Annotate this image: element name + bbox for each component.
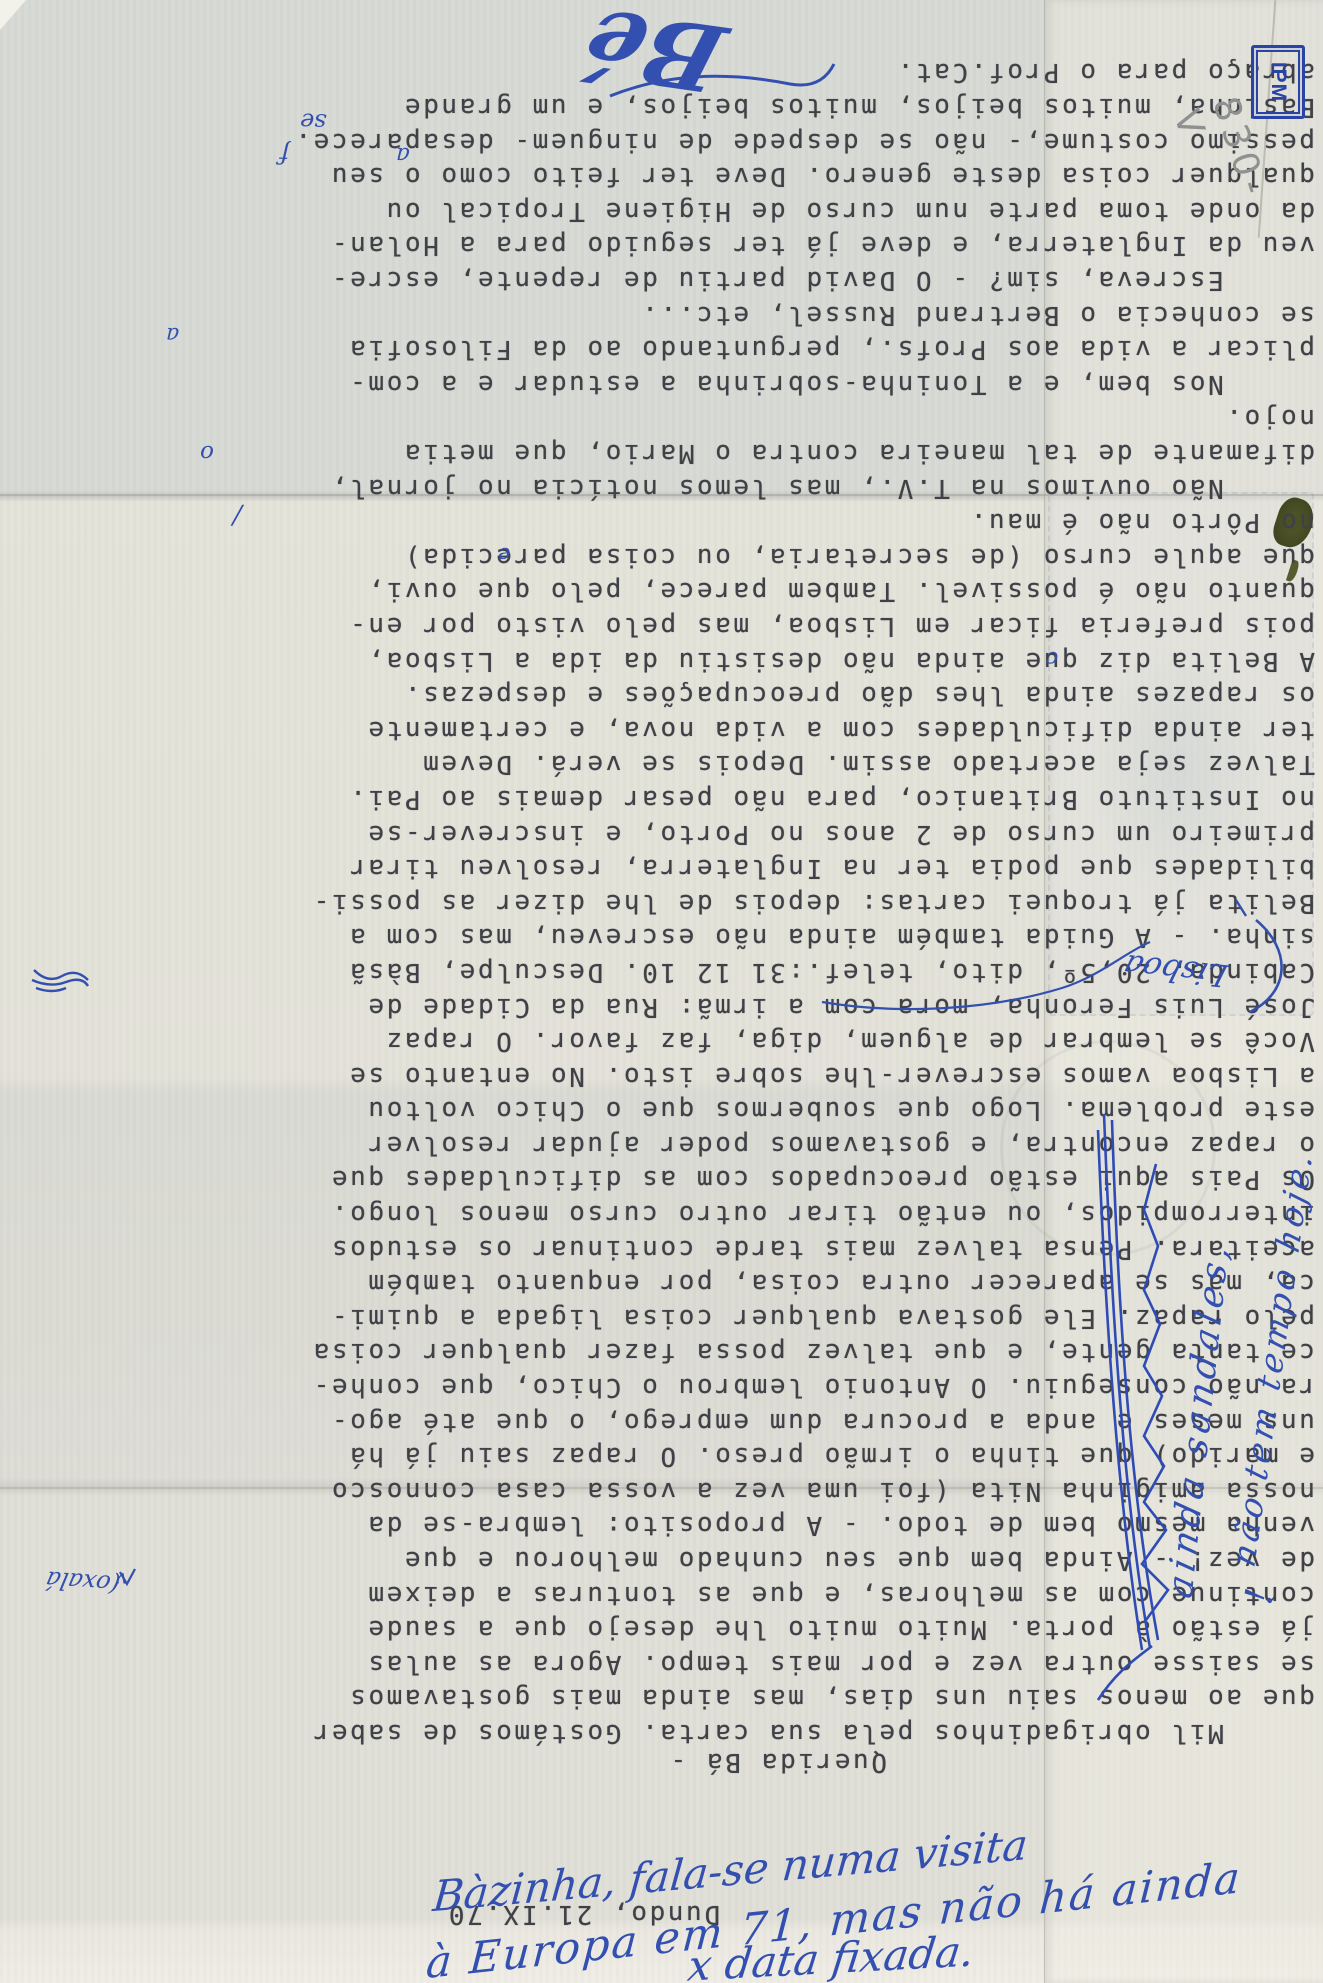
typed-line: e marido) que tinha o irmão preso. O rap… bbox=[305, 1439, 1315, 1474]
typed-line: pois preferia ficar em Lisboa, mas pelo … bbox=[305, 608, 1315, 643]
typed-line: já estão à porta. Muito muito lhe desejo… bbox=[305, 1612, 1315, 1647]
typed-line: se conhecia o Bertrand Russel, etc... bbox=[305, 297, 1315, 332]
typed-line: A Belita diz que ainda não desistiu da i… bbox=[305, 643, 1315, 678]
typed-line: quanto não é possivel. Tambem parece, pe… bbox=[305, 574, 1315, 609]
ink-correction: e bbox=[498, 543, 511, 567]
ink-correction: a bbox=[166, 322, 180, 347]
ink-correction: c bbox=[1046, 646, 1059, 671]
typed-line: uns meses e anda a procura dum emprego, … bbox=[305, 1404, 1315, 1439]
typed-letter-text: Dundo, 21.IX.70 Querida Bá - Mil obrigad… bbox=[0, 0, 1323, 1983]
typed-line: no Instituto Britanico, para não pesar d… bbox=[305, 781, 1315, 816]
typed-line: ter ainda dificuldades com a vida nova, … bbox=[305, 712, 1315, 747]
ink-correction: v bbox=[116, 1568, 128, 1592]
typed-line: o rapaz encontra, e gostavamos poder aju… bbox=[305, 1127, 1315, 1162]
typed-line: os rapazes ainda lhes dão preocupações e… bbox=[305, 678, 1315, 713]
typed-line: Escreva, sim? - O David partiu de repent… bbox=[305, 262, 1315, 297]
typed-line: ce tanta gente, e que talvez possa fazer… bbox=[305, 1335, 1315, 1370]
typed-line: Belita já troquei cartas: depois de lhe … bbox=[305, 885, 1315, 920]
typed-line: abraço para o Prof.Cat. bbox=[305, 55, 1315, 90]
ipm-stamp-text: IPM bbox=[1266, 62, 1290, 102]
ipm-rubber-stamp: IPM bbox=[1251, 45, 1305, 119]
typed-line: plicar a vida aos Profs., perguntando ao… bbox=[305, 332, 1315, 367]
typed-line: aceitara. Pensa talvez mais tarde contin… bbox=[305, 1231, 1315, 1266]
typed-line: no Pôrto não é mau. bbox=[305, 505, 1315, 540]
typed-line: Os Pais aqui estão preocupados com as di… bbox=[305, 1162, 1315, 1197]
typed-line: difamante de tal maneira contra o Mario,… bbox=[305, 435, 1315, 470]
typed-line: este problema. Logo que soubermos que o … bbox=[305, 1093, 1315, 1128]
typed-line: Mil obrigadinhos pela sua carta. Gostámo… bbox=[305, 1715, 1315, 1750]
typed-line: interrompidos, ou então tirar outro curs… bbox=[305, 1197, 1315, 1232]
oxala-insertion-note: (oxalá bbox=[43, 1566, 122, 1599]
typed-line: ca, mas se aparecer outra coisa, por enq… bbox=[305, 1266, 1315, 1301]
ink-correction: o bbox=[200, 440, 215, 466]
typed-line: venha mesmo bem de todo. - A proposito: … bbox=[305, 1508, 1315, 1543]
typed-line: Talvez seja acertado assim. Depois se ve… bbox=[305, 747, 1315, 782]
typed-line: a Lisboa vamos escrever-lhe sobre isto. … bbox=[305, 1058, 1315, 1093]
typed-line: ra não conseguiu. O Antonio lembrou o Ch… bbox=[305, 1369, 1315, 1404]
typed-line: Você se lembrar de alguem, diga, faz fav… bbox=[305, 1024, 1315, 1059]
ink-correction: / bbox=[232, 500, 242, 530]
typed-line: bilidades que podia ter na Inglaterra, r… bbox=[305, 851, 1315, 886]
ink-correction: a bbox=[396, 142, 411, 168]
typed-line: Não ouvimos na T.V., mas lemos notícia n… bbox=[305, 470, 1315, 505]
scanned-letter-page: Dundo, 21.IX.70 Querida Bá - Mil obrigad… bbox=[0, 0, 1323, 1983]
typed-line: José Luis Feronha, mora com a irmã: Rua … bbox=[305, 989, 1315, 1024]
typed-line: Nos bem, e a Toninha-sobrinha a estudar … bbox=[305, 366, 1315, 401]
ink-correction: se bbox=[300, 108, 327, 137]
typed-line: veu da Inglaterra, e deve já ter seguido… bbox=[305, 228, 1315, 263]
typed-line: pessimo costume,- não se despede de ning… bbox=[305, 124, 1315, 159]
typed-line: da onde toma parte num curso de Higiene … bbox=[305, 193, 1315, 228]
ink-correction: f bbox=[279, 140, 289, 169]
typed-line: primeiro um curso de 2 anos no Porto, e … bbox=[305, 816, 1315, 851]
typed-line: nossa amiginha Nita (foi uma vez a vossa… bbox=[305, 1473, 1315, 1508]
letter-body: Mil obrigadinhos pela sua carta. Gostámo… bbox=[305, 55, 1315, 1750]
typed-line: nojo. bbox=[305, 401, 1315, 436]
typed-line: que ao menos saiu uns dias, mas ainda ma… bbox=[305, 1681, 1315, 1716]
typed-line: Basinha, muitos beijos, muitos beijos, e… bbox=[305, 90, 1315, 125]
typed-line: pelo rapaz. Ele gostava qualquer coisa l… bbox=[305, 1300, 1315, 1335]
typed-line: se saisse outra vez e por mais tempo. Ag… bbox=[305, 1646, 1315, 1681]
typed-line: sinha. - A Guida também ainda não escrev… bbox=[305, 920, 1315, 955]
typed-line: que aqule curso (de secretaria, ou coisa… bbox=[305, 539, 1315, 574]
typed-line: qualquer coisa deste genero. Deve ter fe… bbox=[305, 159, 1315, 194]
